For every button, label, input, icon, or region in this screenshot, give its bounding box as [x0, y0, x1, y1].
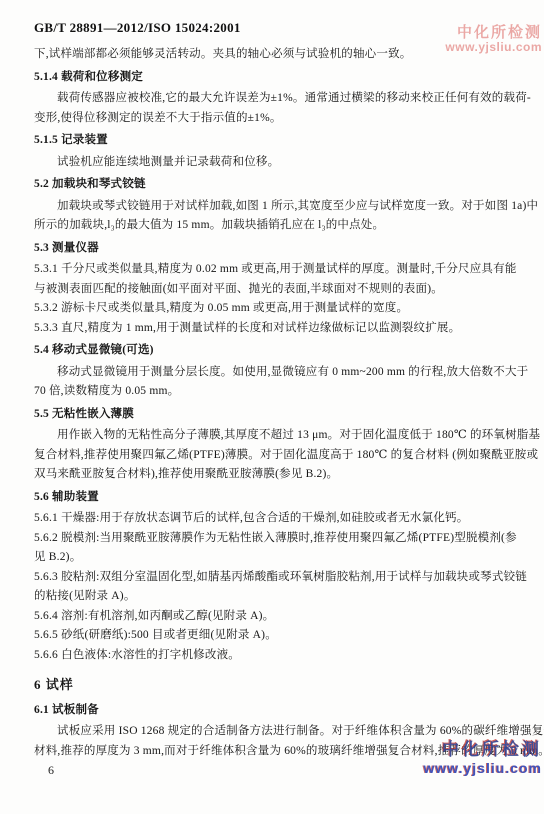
text-line: 试板应采用 ISO 1268 规定的合适制备方法进行制备。对于纤维体积含量为 6… [34, 722, 514, 742]
section-heading: 5.1.5 记录装置 [34, 131, 514, 151]
document-page: GB/T 28891—2012/ISO 15024:2001 下,试样端部都必须… [0, 0, 544, 814]
document-body: 下,试样端部都必须能够灵活转动。夹具的轴心必须与试验机的轴心一致。5.1.4 载… [34, 45, 514, 761]
section-heading: 6.1 试板制备 [34, 701, 514, 721]
text-line: 5.3.1 千分尺或类似量具,精度为 0.02 mm 或更高,用于测量试样的厚度… [34, 260, 514, 280]
text-line: 加载块或琴式铰链用于对试样加载,如图 1 所示,其宽度至少应与试样宽度一致。对于… [34, 197, 514, 217]
text-line: 所示的加载块,l₃的最大值为 15 mm。加载块插销孔应在 l₃的中点处。 [34, 216, 514, 236]
section-heading: 5.5 无粘性嵌入薄膜 [34, 405, 514, 425]
text-line: 移动式显微镜用于测量分层长度。如使用,显微镜应有 0 mm~200 mm 的行程… [34, 363, 514, 383]
text-line: 5.6.4 溶剂:有机溶剂,如丙酮或乙醇(见附录 A)。 [34, 607, 514, 627]
text-line: 试验机应能连续地测量并记录载荷和位移。 [34, 153, 514, 173]
section-heading: 6 试样 [34, 675, 514, 695]
text-line: 用作嵌入物的无粘性高分子薄膜,其厚度不超过 13 μm。对于固化温度低于 180… [34, 426, 514, 446]
text-line: 5.3.3 直尺,精度为 1 mm,用于测量试样的长度和对试样边缘做标记以监测裂… [34, 319, 514, 339]
text-line: 5.6.3 胶粘剂:双组分室温固化型,如腈基丙烯酸酯或环氧树脂胶粘剂,用于试样与… [34, 568, 514, 588]
text-line: 5.6.5 砂纸(研磨纸):500 目或者更细(见附录 A)。 [34, 626, 514, 646]
text-line: 70 倍,读数精度为 0.05 mm。 [34, 382, 514, 402]
page-number: 6 [34, 763, 514, 778]
text-line: 变形,使得位移测定的误差不大于指示值的±1%。 [34, 109, 514, 129]
text-line: 5.6.2 脱模剂:当用聚酰亚胺薄膜作为无粘性嵌入薄膜时,推荐使用聚四氟乙烯(P… [34, 529, 514, 549]
standard-number-header: GB/T 28891—2012/ISO 15024:2001 [34, 20, 514, 36]
text-line: 双马来酰亚胺复合材料),推荐使用聚酰亚胺薄膜(参见 B.2)。 [34, 465, 514, 485]
text-line: 与被测表面匹配的接触面(如平面对平面、抛光的表面,半球面对不规则的表面)。 [34, 280, 514, 300]
text-line: 见 B.2)。 [34, 548, 514, 568]
section-heading: 5.2 加载块和琴式铰链 [34, 175, 514, 195]
text-line: 下,试样端部都必须能够灵活转动。夹具的轴心必须与试验机的轴心一致。 [34, 45, 514, 65]
text-line: 载荷传感器应被校准,它的最大允许误差为±1%。通常通过横梁的移动来校正任何有效的… [34, 89, 514, 109]
section-heading: 5.3 测量仪器 [34, 239, 514, 259]
text-line: 的粘接(见附录 A)。 [34, 587, 514, 607]
text-line: 5.6.1 干燥器:用于存放状态调节后的试样,包含合适的干燥剂,如硅胶或者无水氯… [34, 509, 514, 529]
text-line: 复合材料,推荐使用聚四氟乙烯(PTFE)薄膜。对于固化温度高于 180℃ 的复合… [34, 446, 514, 466]
section-heading: 5.4 移动式显微镜(可选) [34, 341, 514, 361]
section-heading: 5.6 辅助装置 [34, 488, 514, 508]
section-heading: 5.1.4 载荷和位移测定 [34, 68, 514, 88]
text-line: 5.3.2 游标卡尺或类似量具,精度为 0.05 mm 或更高,用于测量试样的宽… [34, 299, 514, 319]
text-line: 5.6.6 白色液体:水溶性的打字机修改液。 [34, 646, 514, 666]
text-line: 材料,推荐的厚度为 3 mm,而对于纤维体积含量为 60%的玻璃纤维增强复合材料… [34, 742, 514, 762]
